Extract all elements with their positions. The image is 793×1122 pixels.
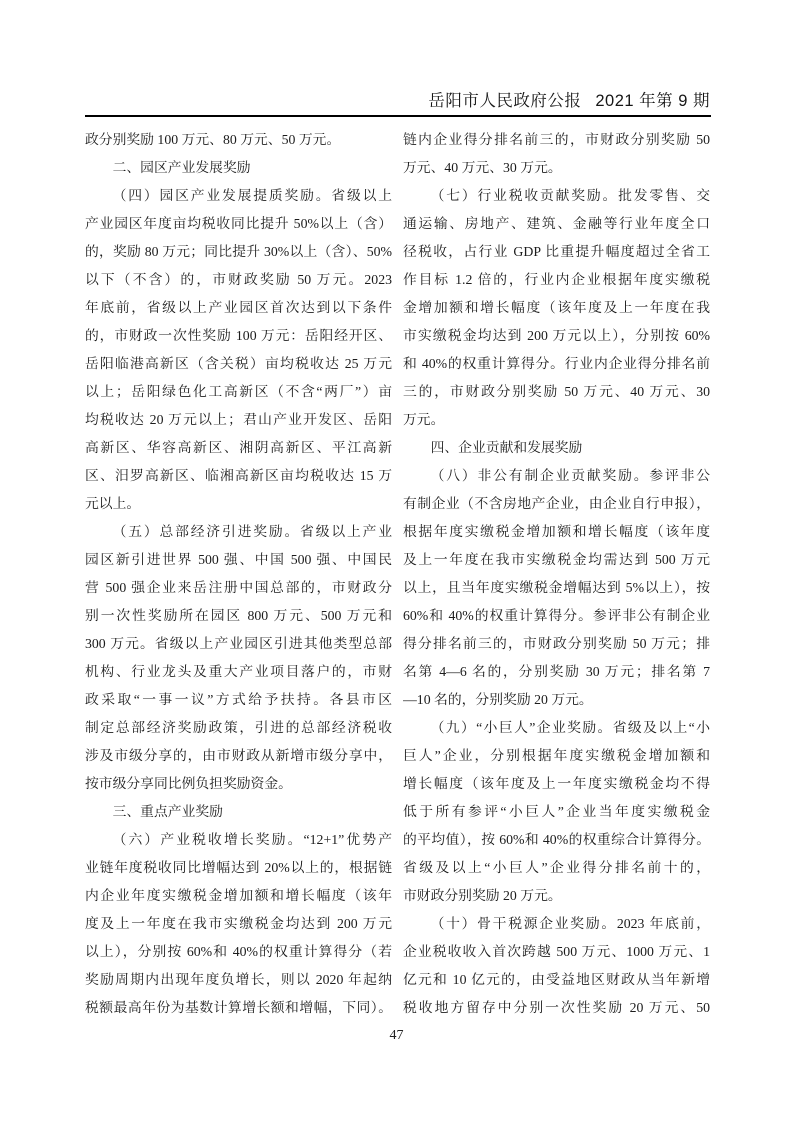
text-line: 税额最高年份为基数计算增长额和增幅，下同）。: [85, 994, 392, 1022]
text-line: 作目标 1.2 倍的，行业内企业根据年度实缴税: [403, 266, 710, 294]
text-line: 机构、行业龙头及重大产业项目落户的，市财: [85, 658, 392, 686]
page-header: 岳阳市人民政府公报2021 年第 9 期: [85, 87, 710, 111]
text-line: 四、企业贡献和发展奖励: [403, 434, 710, 462]
text-line: 有制企业（不含房地产企业，由企业自行申报），: [403, 490, 710, 518]
text-line: 以上；岳阳绿色化工高新区（不含“两厂”）亩: [85, 378, 392, 406]
text-line: 根据年度实缴税金增加额和增长幅度（该年度: [403, 518, 710, 546]
text-line: 以下（不含）的，市财政奖励 50 万元。2023: [85, 266, 392, 294]
text-line: 别一次性奖励所在园区 800 万元、500 万元和: [85, 602, 392, 630]
text-line: 的，奖励 80 万元；同比提升 30%以上（含）、50%: [85, 238, 392, 266]
text-line: 以上，且当年度实缴税金增幅达到 5%以上），按: [403, 574, 710, 602]
text-line: 政分别奖励 100 万元、80 万元、50 万元。: [85, 126, 392, 154]
text-line: 涉及市级分享的，由市财政从新增市级分享中，: [85, 742, 392, 770]
text-line: 低于所有参评“小巨人”企业当年度实缴税金: [403, 798, 710, 826]
gazette-page: 岳阳市人民政府公报2021 年第 9 期 政分别奖励 100 万元、80 万元、…: [0, 0, 793, 1122]
text-line: 径税收，占行业 GDP 比重提升幅度超过全省工: [403, 238, 710, 266]
text-line: （四）园区产业发展提质奖励。省级以上: [85, 182, 392, 210]
text-line: （六）产业税收增长奖励。“12+1”优势产: [85, 826, 392, 854]
text-line: 金增加额和增长幅度（该年度及上一年度在我: [403, 294, 710, 322]
text-line: 区、汨罗高新区、临湘高新区亩均税收达 15 万: [85, 462, 392, 490]
right-column: 链内企业得分排名前三的，市财政分别奖励 50万元、40 万元、30 万元。（七）…: [403, 126, 710, 1022]
text-line: 三的，市财政分别奖励 50 万元、40 万元、30: [403, 378, 710, 406]
text-line: 增长幅度（该年度及上一年度实缴税金均不得: [403, 770, 710, 798]
text-line: 产业园区年度亩均税收同比提升 50%以上（含）: [85, 210, 392, 238]
text-line: 制定总部经济奖励政策，引进的总部经济税收: [85, 714, 392, 742]
text-line: 岳阳临港高新区（含关税）亩均税收达 25 万元: [85, 350, 392, 378]
text-line: 高新区、华容高新区、湘阴高新区、平江高新: [85, 434, 392, 462]
text-line: （九）“小巨人”企业奖励。省级及以上“小: [403, 714, 710, 742]
text-line: 万元、40 万元、30 万元。: [403, 154, 710, 182]
text-line: 万元。: [403, 406, 710, 434]
text-line: 以上），分别按 60%和 40%的权重计算得分（若: [85, 938, 392, 966]
text-line: 元以上。: [85, 490, 392, 518]
text-line: 业链年度税收同比增幅达到 20%以上的，根据链: [85, 854, 392, 882]
text-line: 度及上一年度在我市实缴税金均达到 200 万元: [85, 910, 392, 938]
text-line: （十）骨干税源企业奖励。2023 年底前，: [403, 910, 710, 938]
text-line: 二、园区产业发展奖励: [85, 154, 392, 182]
text-line: 内企业年度实缴税金增加额和增长幅度（该年: [85, 882, 392, 910]
text-line: （八）非公有制企业贡献奖励。参评非公: [403, 462, 710, 490]
text-line: 市财政分别奖励 20 万元。: [403, 882, 710, 910]
text-line: 的，市财政一次性奖励 100 万元：岳阳经开区、: [85, 322, 392, 350]
text-line: 亿元和 10 亿元的，由受益地区财政从当年新增: [403, 966, 710, 994]
text-line: 省级及以上“小巨人”企业得分排名前十的，: [403, 854, 710, 882]
left-column: 政分别奖励 100 万元、80 万元、50 万元。二、园区产业发展奖励（四）园区…: [85, 126, 392, 1022]
text-line: （五）总部经济引进奖励。省级以上产业: [85, 518, 392, 546]
text-line: 园区新引进世界 500 强、中国 500 强、中国民: [85, 546, 392, 574]
gazette-issue: 2021 年第 9 期: [595, 92, 710, 110]
gazette-title: 岳阳市人民政府公报: [428, 92, 581, 110]
text-columns: 政分别奖励 100 万元、80 万元、50 万元。二、园区产业发展奖励（四）园区…: [85, 126, 710, 1022]
text-line: 名第 4—6 名的，分别奖励 30 万元；排名第 7: [403, 658, 710, 686]
text-line: 60%和 40%的权重计算得分。参评非公有制企业: [403, 602, 710, 630]
text-line: 300 万元。省级以上产业园区引进其他类型总部: [85, 630, 392, 658]
text-line: 通运输、房地产、建筑、金融等行业年度全口: [403, 210, 710, 238]
text-line: 政采取“一事一议”方式给予扶持。各县市区: [85, 686, 392, 714]
text-line: 税收地方留存中分别一次性奖励 20 万元、50: [403, 994, 710, 1022]
text-line: 和 40%的权重计算得分。行业内企业得分排名前: [403, 350, 710, 378]
text-line: 营 500 强企业来岳注册中国总部的，市财政分: [85, 574, 392, 602]
text-line: 三、重点产业奖励: [85, 798, 392, 826]
text-line: 链内企业得分排名前三的，市财政分别奖励 50: [403, 126, 710, 154]
text-line: 均税收达 20 万元以上；君山产业开发区、岳阳: [85, 406, 392, 434]
text-line: 按市级分享同比例负担奖励资金。: [85, 770, 392, 798]
page-number: 47: [0, 1028, 793, 1044]
text-line: —10 名的，分别奖励 20 万元。: [403, 686, 710, 714]
text-line: 年底前，省级以上产业园区首次达到以下条件: [85, 294, 392, 322]
text-line: （七）行业税收贡献奖励。批发零售、交: [403, 182, 710, 210]
text-line: 的平均值），按 60%和 40%的权重综合计算得分。: [403, 826, 710, 854]
text-line: 市实缴税金均达到 200 万元以上），分别按 60%: [403, 322, 710, 350]
text-line: 及上一年度在我市实缴税金均需达到 500 万元: [403, 546, 710, 574]
text-line: 奖励周期内出现年度负增长，则以 2020 年起纳: [85, 966, 392, 994]
header-divider: [85, 115, 711, 117]
text-line: 巨人”企业，分别根据年度实缴税金增加额和: [403, 742, 710, 770]
text-line: 企业税收收入首次跨越 500 万元、1000 万元、1: [403, 938, 710, 966]
text-line: 得分排名前三的，市财政分别奖励 50 万元；排: [403, 630, 710, 658]
